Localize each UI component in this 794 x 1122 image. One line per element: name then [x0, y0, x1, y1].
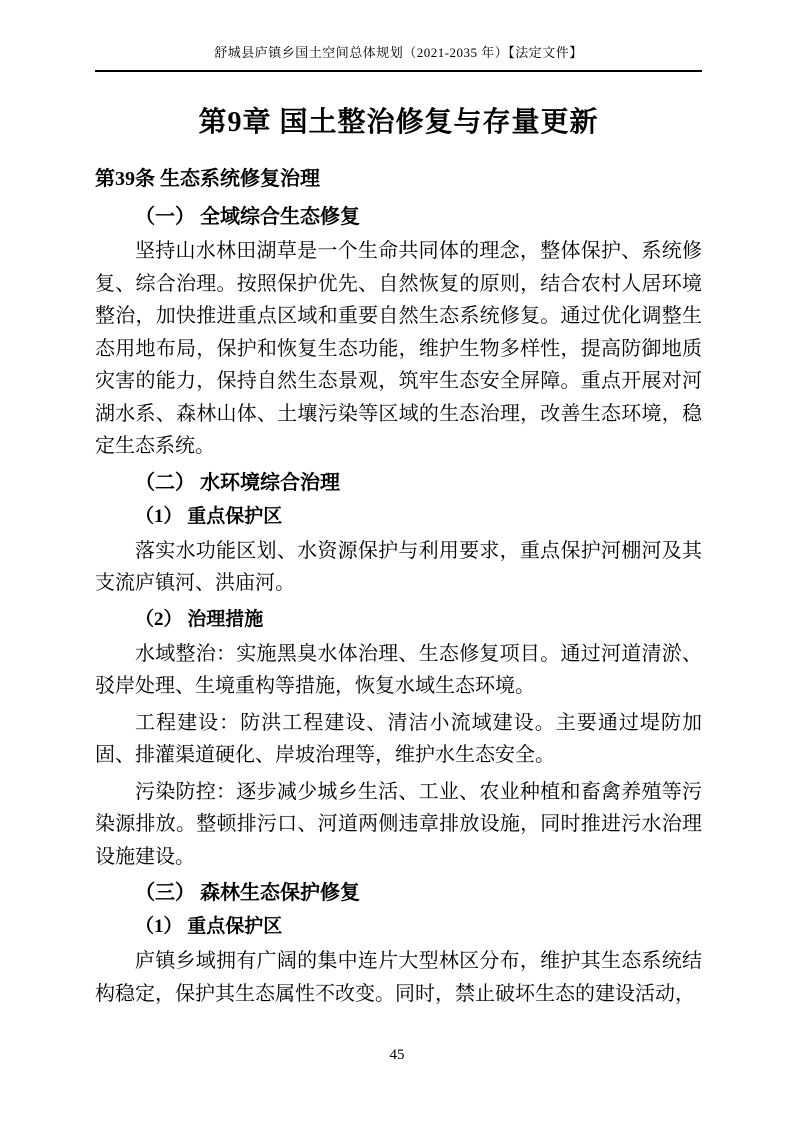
section-2-sub-2-heading: （2） 治理措施	[95, 604, 702, 636]
section-2-sub-2-paragraph-water: 水域整治：实施黑臭水体治理、生态修复项目。通过河道清淤、驳岸处理、生境重构等措施…	[95, 638, 702, 703]
section-3-sub-1-paragraph: 庐镇乡域拥有广阔的集中连片大型林区分布，维护其生态系统结构稳定，保护其生态属性不…	[95, 945, 702, 1010]
section-2-sub-2-paragraph-pollution: 污染防控：逐步减少城乡生活、工业、农业种植和畜禽养殖等污染源排放。整顿排污口、河…	[95, 776, 702, 874]
section-1-heading: （一） 全域综合生态修复	[95, 201, 702, 233]
page-header: 舒城县庐镇乡国土空间总体规划（2021-2035 年）【法定文件】	[95, 0, 702, 72]
page-number: 45	[0, 1047, 794, 1064]
section-2-sub-1-heading: （1） 重点保护区	[95, 501, 702, 533]
document-body: 第9章 国土整治修复与存量更新 第39条 生态系统修复治理 （一） 全域综合生态…	[95, 95, 702, 1014]
section-3-sub-1-heading: （1） 重点保护区	[95, 911, 702, 943]
section-3-heading: （三） 森林生态保护修复	[95, 877, 702, 909]
document-page: 舒城县庐镇乡国土空间总体规划（2021-2035 年）【法定文件】 第9章 国土…	[0, 0, 794, 1122]
article-heading: 第39条 生态系统修复治理	[95, 163, 702, 195]
section-1-paragraph: 坚持山水林田湖草是一个生命共同体的理念，整体保护、系统修复、综合治理。按照保护优…	[95, 235, 702, 463]
page-header-title: 舒城县庐镇乡国土空间总体规划（2021-2035 年）【法定文件】	[95, 45, 702, 72]
chapter-title: 第9章 国土整治修复与存量更新	[95, 103, 702, 143]
section-2-heading: （二） 水环境综合治理	[95, 467, 702, 499]
section-2-sub-1-paragraph: 落实水功能区划、水资源保护与利用要求，重点保护河棚河及其支流庐镇河、洪庙河。	[95, 535, 702, 600]
section-2-sub-2-paragraph-engineering: 工程建设：防洪工程建设、清洁小流域建设。主要通过堤防加固、排灌渠道硬化、岸坡治理…	[95, 707, 702, 772]
